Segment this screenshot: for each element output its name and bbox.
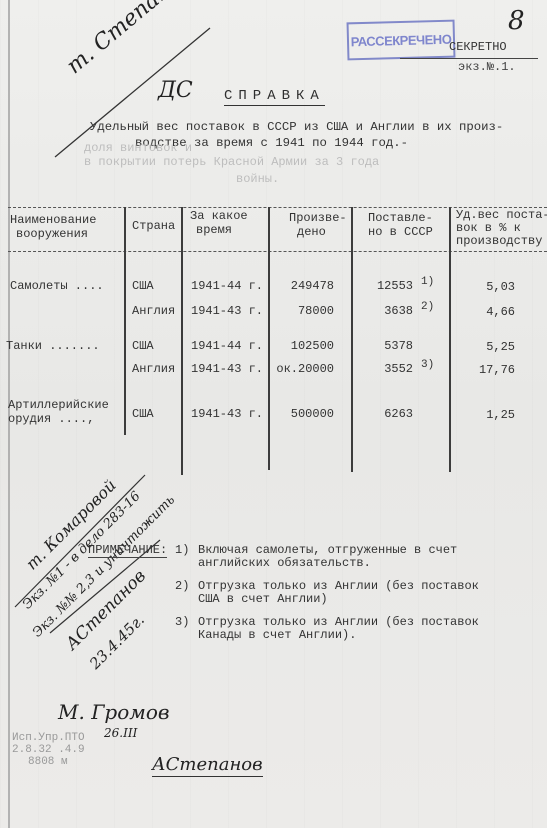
signature-stepanov: АСтепанов	[152, 754, 263, 777]
column-divider	[181, 207, 183, 475]
footnote-marker: 2)	[421, 300, 434, 314]
note-text: Отгрузка только из Англии (без поставокС…	[198, 580, 479, 606]
produced: 78000	[270, 304, 334, 318]
period: 1941-44 г.	[191, 279, 263, 293]
delivered: 3552	[353, 362, 413, 376]
delivered: 5378	[353, 339, 413, 353]
header-period: За какоевремя	[190, 209, 248, 237]
signature-gromov-date: 26.III	[104, 726, 137, 740]
notes-label: ПРИМЕЧАНИЕ:	[88, 544, 167, 558]
handwritten-initials: ДС	[158, 78, 193, 103]
header-country: Страна	[132, 219, 175, 233]
weapon-name: Самолеты ....	[10, 279, 104, 293]
period: 1941-43 г.	[191, 304, 263, 318]
document-subtitle-line1: Удельный вес поставок в СССР из США и Ан…	[90, 120, 503, 134]
produced: 102500	[270, 339, 334, 353]
period: 1941-43 г.	[191, 362, 263, 376]
column-divider	[124, 207, 126, 435]
country: Англия	[132, 362, 175, 376]
footnote-marker: 3)	[421, 358, 434, 372]
typist-mark: Исп.Упр.ПТО 2.8.32 .4.9 8808 м	[12, 732, 85, 768]
bleed-through-text: доля винтовок и	[84, 141, 192, 155]
declassified-stamp: РАССЕКРЕЧЕНО	[347, 20, 456, 61]
note-number: 3)	[175, 616, 189, 629]
produced: ок.20000	[270, 362, 334, 376]
footnote-marker: 1)	[421, 275, 434, 289]
country: США	[132, 279, 154, 293]
share-percent: 5,03	[451, 280, 515, 294]
note-number: 1)	[175, 544, 189, 557]
period: 1941-43 г.	[191, 407, 263, 421]
weapon-name: Артиллерийскиеорудия ....,	[8, 398, 109, 426]
share-percent: 5,25	[451, 340, 515, 354]
header-share: Уд.вес поста-вок в % кпроизводству	[456, 209, 547, 248]
delivered: 3638	[353, 304, 413, 318]
delivered: 6263	[353, 407, 413, 421]
table-header-rule	[8, 251, 547, 252]
copy-number: экз.№.1.	[458, 60, 516, 74]
share-percent: 4,66	[451, 305, 515, 319]
produced: 500000	[270, 407, 334, 421]
classification-underline	[400, 58, 538, 59]
country: США	[132, 339, 154, 353]
classification-label: СЕКРЕТНО	[449, 40, 507, 54]
document-title: СПРАВКА	[224, 88, 325, 106]
period: 1941-44 г.	[191, 339, 263, 353]
produced: 249478	[270, 279, 334, 293]
note-number: 2)	[175, 580, 189, 593]
bleed-through-text: в покрытии потерь Красной Армии за 3 год…	[84, 155, 379, 169]
signature-gromov: М. Громов	[58, 700, 170, 724]
note-text: Отгрузка только из Англии (без поставокК…	[198, 616, 479, 642]
country: Англия	[132, 304, 175, 318]
note-text: Включая самолеты, отгруженные в счетангл…	[198, 544, 457, 570]
page-number: 8	[508, 6, 525, 36]
header-weapon-name: Наименованиевооружения	[10, 213, 96, 241]
share-percent: 1,25	[451, 408, 515, 422]
country: США	[132, 407, 154, 421]
share-percent: 17,76	[451, 363, 515, 377]
bleed-through-text: войны.	[236, 172, 279, 186]
header-produced: Произве-дено	[289, 211, 347, 239]
header-delivered: Поставле-но в СССР	[368, 211, 433, 239]
weapon-name: Танки .......	[6, 339, 100, 353]
delivered: 12553	[353, 279, 413, 293]
document-page: 8 РАССЕКРЕЧЕНО СЕКРЕТНО экз.№.1. т. Степ…	[0, 0, 547, 828]
